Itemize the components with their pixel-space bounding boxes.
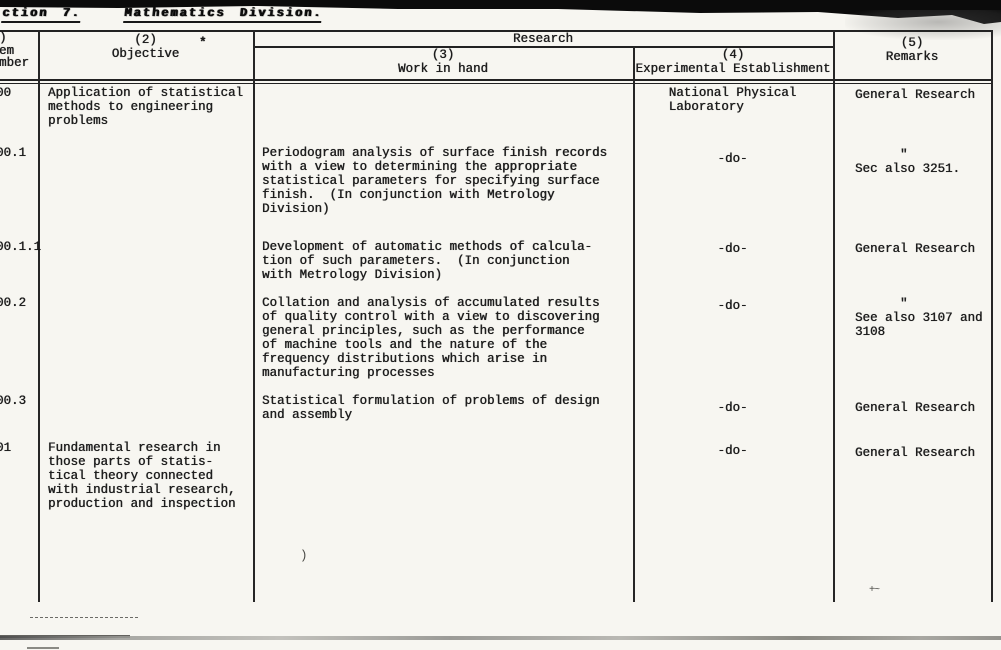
scanned-document-page: ction 7. Mathematics Division. (1) Item … xyxy=(0,0,1001,650)
cell-objective: Application of statistical methods to en… xyxy=(48,86,243,128)
row-item-number: 00.1 xyxy=(0,146,26,160)
header-item-number: (1) Item Number xyxy=(0,32,29,70)
section-heading: ction 7. xyxy=(1,6,81,23)
cell-establishment: National Physical Laboratory xyxy=(633,86,832,114)
row-item-number: 00.3 xyxy=(0,394,26,408)
scan-dashed-line xyxy=(30,617,138,618)
cell-objective: Fundamental research in those parts of s… xyxy=(48,441,236,511)
cell-remarks: General Research xyxy=(855,446,975,460)
cell-remarks: " See also 3107 and 3108 xyxy=(855,297,983,339)
row-item-number: 00.2 xyxy=(0,296,26,310)
cell-establishment: -do- xyxy=(633,444,832,458)
col4-col5-divider xyxy=(833,30,835,602)
header-work-in-hand: (3) Work in hand xyxy=(253,48,633,76)
cell-establishment: -do- xyxy=(633,242,832,256)
row-item-number: 01 xyxy=(0,441,11,455)
header-research: Research xyxy=(253,32,833,46)
header-objective-mark: * xyxy=(199,36,207,50)
row-item-number: 00 xyxy=(0,86,11,100)
header-remarks: (5) Remarks xyxy=(833,36,991,64)
cell-remarks: General Research xyxy=(855,88,975,102)
header-bottom-border-2 xyxy=(0,83,992,84)
scan-small-mark xyxy=(27,647,59,649)
division-heading: Mathematics Division. xyxy=(123,6,323,23)
cell-work-in-hand: Statistical formulation of problems of d… xyxy=(262,394,600,422)
header-bottom-border xyxy=(0,79,992,81)
stray-mark: ) xyxy=(300,549,308,563)
table-right-border xyxy=(991,30,993,602)
cell-remarks: General Research xyxy=(855,242,975,256)
scan-bottom-line xyxy=(0,636,1001,640)
cell-work-in-hand: Collation and analysis of accumulated re… xyxy=(262,296,600,380)
header-experimental-establishment: (4) Experimental Establishment xyxy=(633,48,833,76)
col2-col3-divider xyxy=(253,30,255,602)
cell-work-in-hand: Periodogram analysis of surface finish r… xyxy=(262,146,607,216)
cell-establishment: -do- xyxy=(633,401,832,415)
col1-col2-divider xyxy=(38,30,40,602)
col3-col4-divider xyxy=(633,46,635,602)
row-item-number: 00.1.1 xyxy=(0,240,41,254)
cell-establishment: -do- xyxy=(633,299,832,313)
cell-establishment: -do- xyxy=(633,152,832,166)
cell-remarks: General Research xyxy=(855,401,975,415)
header-objective: (2) Objective xyxy=(38,33,253,61)
cell-work-in-hand: Development of automatic methods of calc… xyxy=(262,240,592,282)
stray-squiggle: +~ xyxy=(869,584,879,598)
cell-remarks: " Sec also 3251. xyxy=(855,148,960,176)
